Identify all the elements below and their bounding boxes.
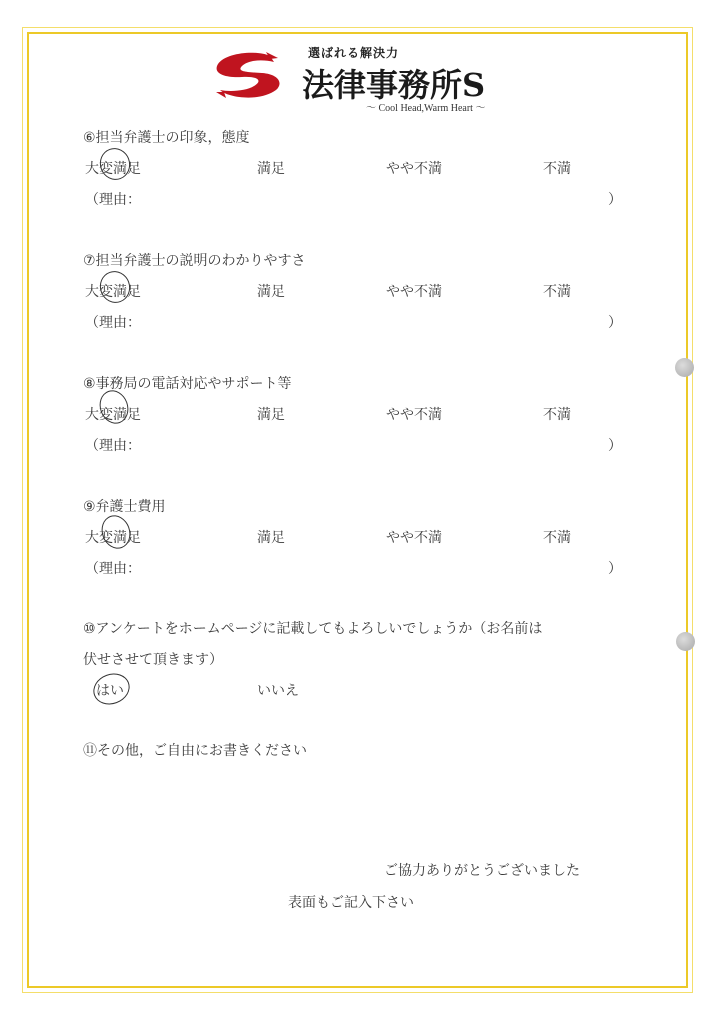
q10-option-no[interactable]: いいえ	[257, 680, 299, 700]
q8-option-somewhat-dissatisfied[interactable]: やや不満	[386, 404, 442, 424]
q7-option-dissatisfied[interactable]: 不満	[543, 281, 571, 301]
q9-option-dissatisfied[interactable]: 不満	[543, 527, 571, 547]
punch-hole	[675, 358, 694, 377]
question-7-title: ⑦担当弁護士の説明のわかりやすさ	[83, 250, 306, 270]
q7-option-satisfied[interactable]: 満足	[257, 281, 285, 301]
q9-reason-close: ）	[608, 558, 622, 578]
q8-reason-close: ）	[608, 435, 622, 455]
thank-you-message: ご協力ありがとうございました	[384, 860, 580, 880]
q8-reason-label: （理由：	[85, 435, 141, 455]
q9-option-satisfied[interactable]: 満足	[257, 527, 285, 547]
q7-reason-close: ）	[608, 312, 622, 332]
question-11-title: ⑪その他，ご自由にお書きください	[83, 740, 307, 760]
question-6-title: ⑥担当弁護士の印象，態度	[83, 127, 250, 147]
logo-tagline: 選ばれる解決力	[308, 44, 399, 61]
s-swoosh-logo-icon	[212, 50, 286, 102]
q6-reason-label: （理由：	[85, 189, 141, 209]
q6-option-dissatisfied[interactable]: 不満	[543, 158, 571, 178]
q6-option-somewhat-dissatisfied[interactable]: やや不満	[386, 158, 442, 178]
q7-option-somewhat-dissatisfied[interactable]: やや不満	[386, 281, 442, 301]
question-9-title: ⑨弁護士費用	[83, 496, 166, 516]
question-10-title-line1: ⑩アンケートをホームページに記載してもよろしいでしょうか（お名前は	[83, 618, 542, 638]
fill-front-note: 表面もご記入下さい	[288, 892, 414, 912]
q6-option-satisfied[interactable]: 満足	[257, 158, 285, 178]
firm-motto: ～ Cool Head,Warm Heart ～	[366, 99, 485, 114]
q7-reason-label: （理由：	[85, 312, 141, 332]
q9-reason-label: （理由：	[85, 558, 141, 578]
q8-option-dissatisfied[interactable]: 不満	[543, 404, 571, 424]
q8-option-satisfied[interactable]: 満足	[257, 404, 285, 424]
question-10-title-line2: 伏せさせて頂きます）	[83, 649, 223, 669]
q6-reason-close: ）	[608, 189, 622, 209]
punch-hole	[676, 632, 695, 651]
q9-option-somewhat-dissatisfied[interactable]: やや不満	[386, 527, 442, 547]
firm-logo: 選ばれる解決力 法律事務所S ～ Cool Head,Warm Heart ～	[212, 42, 512, 112]
